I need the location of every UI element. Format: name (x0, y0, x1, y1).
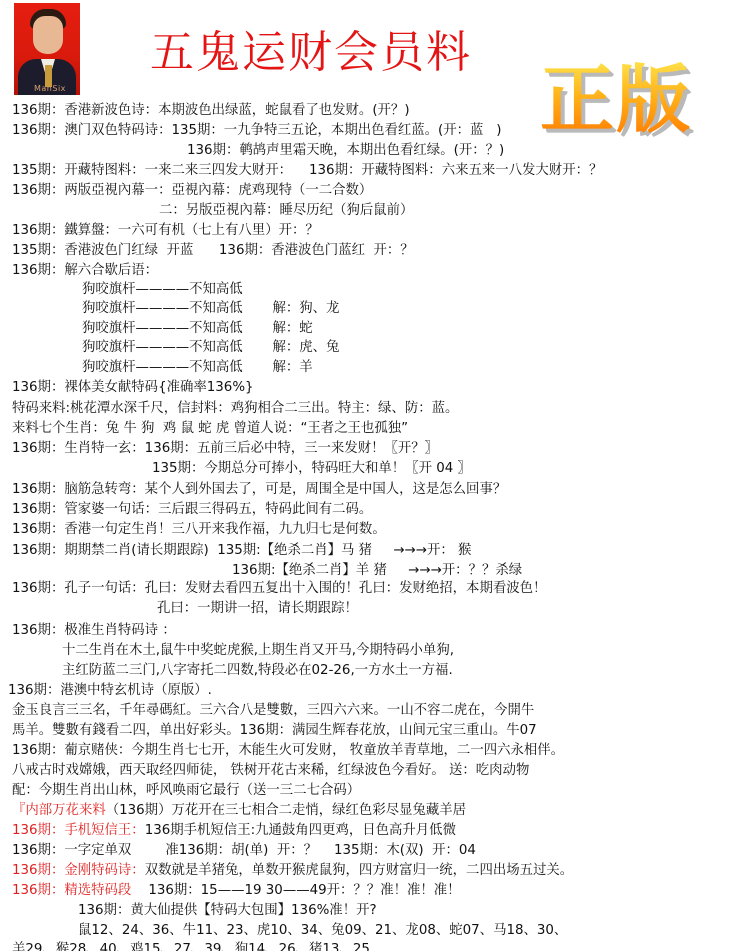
text-line: 136期：生肖特一玄：136期：五前三后必中特，三一来发财！〖开？〗 (12, 440, 438, 458)
line-text: 135期：香港波色门红绿 开蓝 136期：香港波色门蓝红 开：？ (12, 243, 414, 258)
line-text: 136期：期期禁二肖(请长期跟踪) 135期:【绝杀二肖】马 猪 →→→开： 猴 (12, 543, 471, 558)
highlight-label: 136期：精选特码段 (12, 883, 131, 898)
line-text: 136期：香港一句定生肖！三八开来我作福，九九归七是何数。 (12, 522, 386, 537)
text-line: 鼠12、24、36、牛11、23、虎10、34、兔09、21、龙08、蛇07、马… (78, 922, 567, 940)
highlight-label: 136期：手机短信王： (12, 823, 145, 838)
line-text: 鼠12、24、36、牛11、23、虎10、34、兔09、21、龙08、蛇07、马… (78, 923, 567, 938)
text-line: 136期：金刚特码诗：双数就是羊猪兔，单数开猴虎鼠狗，四方财富归一统，二四出场五… (12, 862, 573, 880)
highlight-label: 136期：金刚特码诗： (12, 863, 145, 878)
text-line: 136期：裸体美女献特码{准确率136%} (12, 379, 254, 397)
line-text: 135期：今期总分可捧小，特码旺大和单！〖开 04 〗 (152, 461, 471, 476)
line-text: 136期：两版亞視內幕一：亞視內幕：虎鸡现特（一二合数） (12, 183, 372, 198)
text-line: 狗咬旗杆————不知高低 解：虎、兔 (82, 339, 339, 357)
line-text: 136期手机短信王:九通鼓角四更鸡，日色高升月低微 (145, 823, 456, 838)
text-line: 136期：手机短信王：136期手机短信王:九通鼓角四更鸡，日色高升月低微 (12, 822, 456, 840)
line-text: 金玉良言三三名，千年尋碼紅。三六合八是雙數，三四六六来。一山不容二虎在，今開牛 (12, 703, 534, 718)
text-line: 狗咬旗杆————不知高低 解：蛇 (82, 320, 313, 338)
authentic-badge: 正版 (540, 60, 692, 140)
page-title: 五鬼运财会员料 (150, 28, 472, 78)
text-line: 136期：脑筋急转弯：某个人到外国去了，可是，周围全是中国人，这是怎么回事？ (12, 481, 506, 499)
text-line: 135期：香港波色门红绿 开蓝 136期：香港波色门蓝红 开：？ (12, 242, 414, 260)
line-text: 狗咬旗杆————不知高低 解：狗、龙 (82, 301, 339, 316)
text-line: 136期:【绝杀二肖】羊 猪 →→→开：？？杀绿 (232, 562, 522, 580)
text-line: 136期：管家婆一句话：三后跟三得码五，特码此间有二码。 (12, 501, 372, 519)
line-text: （136期）万花开在三七相合二走悄，绿红色彩尽显兔藏羊居 (106, 803, 466, 818)
text-line: 136期：期期禁二肖(请长期跟踪) 135期:【绝杀二肖】马 猪 →→→开： 猴 (12, 542, 471, 560)
text-line: 136期：解六合歇后语： (12, 262, 158, 280)
line-text: 136期：脑筋急转弯：某个人到外国去了，可是，周围全是中国人，这是怎么回事？ (12, 482, 506, 497)
line-text: 二：另版亞視內幕：睡尽历纪（狗后鼠前） (159, 203, 413, 218)
line-text: 十二生肖在木土,鼠牛中奖蛇虎猴,上期生肖又开马,今期特码小单狗, (62, 643, 454, 658)
line-text: 狗咬旗杆————不知高低 (82, 282, 243, 297)
line-text: 136期：鐵算盤：一六可有机（七上有八里）开：？ (12, 223, 319, 238)
line-text: 136期：管家婆一句话：三后跟三得码五，特码此间有二码。 (12, 502, 372, 517)
text-line: 八戒古时戏嫦娥，西天取经四师徒， 铁树开花古来稀，红绿波色今看好。 送：吃肉动物 (12, 762, 529, 780)
photo-watermark: ManSix (34, 84, 66, 93)
text-line: 136期：香港新波色诗：本期波色出绿蓝，蛇鼠看了也发财。(开？) (12, 102, 410, 120)
photo-face (33, 16, 63, 54)
line-text: 狗咬旗杆————不知高低 解：羊 (82, 360, 313, 375)
text-line: 136期：精选特码段 136期：15——19 30——49开：？？准！准！准！ (12, 882, 461, 900)
line-text: 136期：极准生肖特码诗 ： (12, 623, 176, 638)
text-line: 狗咬旗杆————不知高低 解：狗、龙 (82, 300, 339, 318)
text-line: 十二生肖在木土,鼠牛中奖蛇虎猴,上期生肖又开马,今期特码小单狗, (62, 642, 454, 660)
line-text: 136期：15——19 30——49开：？？准！准！准！ (131, 883, 460, 898)
line-text: 136期：澳门双色特码诗：135期：一九争特三五论，本期出色看红蓝。(开：蓝 ) (12, 123, 501, 138)
line-text: 136期:【绝杀二肖】羊 猪 →→→开：？？杀绿 (232, 563, 522, 578)
text-line: 136期：两版亞視內幕一：亞視內幕：虎鸡现特（一二合数） (12, 182, 372, 200)
text-line: 羊29、猴28、40、鸡15、27、39、狗14、26、猪13、25 (12, 941, 370, 951)
line-text: 135期：开藏特图料：一来二来三四发大财开： 136期：开藏特图料：六来五来一八… (12, 163, 602, 178)
line-text: 狗咬旗杆————不知高低 解：虎、兔 (82, 340, 339, 355)
highlight-label: 『内部万花来料 (12, 803, 106, 818)
line-text: 136期：解六合歇后语： (12, 263, 158, 278)
text-line: 136期：香港一句定生肖！三八开来我作福，九九归七是何数。 (12, 521, 386, 539)
line-text: 八戒古时戏嫦娥，西天取经四师徒， 铁树开花古来稀，红绿波色今看好。 送：吃肉动物 (12, 763, 529, 778)
text-line: 136期：极准生肖特码诗 ： (12, 622, 176, 640)
text-line: 136期：鹌鸪声里霜天晚，本期出色看红绿。(开：？) (187, 142, 504, 160)
line-text: 136期：港澳中特玄机诗（原版）. (8, 683, 212, 698)
text-line: 狗咬旗杆————不知高低 (82, 281, 243, 299)
line-text: 136期：香港新波色诗：本期波色出绿蓝，蛇鼠看了也发财。(开？) (12, 103, 410, 118)
text-line: 二：另版亞視內幕：睡尽历纪（狗后鼠前） (159, 202, 413, 220)
line-text: 狗咬旗杆————不知高低 解：蛇 (82, 321, 313, 336)
text-line: 136期：澳门双色特码诗：135期：一九争特三五论，本期出色看红蓝。(开：蓝 ) (12, 122, 501, 140)
text-line: 馬羊。雙數有錢看二四，单出好彩头。136期：满园生辉春花放，山间元宝三重山。牛0… (12, 722, 537, 740)
text-line: 136期：黄大仙提供【特码大包围】136%准！开? (78, 902, 377, 920)
text-line: 主红防蓝二三门,八字寄托二四数,特段必在02-26,一方水土一方福. (62, 662, 453, 680)
text-line: 136期：一字定单双 准136期：胡(单) 开：？ 135期：木(双) 开：04 (12, 842, 476, 860)
text-line: 136期：孔子一句话：孔曰：发财去看四五复出十入围的！孔曰：发财绝招，本期看波色… (12, 580, 546, 598)
text-line: 『内部万花来料（136期）万花开在三七相合二走悄，绿红色彩尽显兔藏羊居 (12, 802, 466, 820)
line-text: 来料七个生肖：兔 牛 狗 鸡 鼠 蛇 虎 曾道人说：“王者之王也孤独” (12, 421, 408, 436)
line-text: 双数就是羊猪兔，单数开猴虎鼠狗，四方财富归一统，二四出场五过关。 (145, 863, 574, 878)
line-text: 136期：一字定单双 准136期：胡(单) 开：？ 135期：木(双) 开：04 (12, 843, 476, 858)
text-line: 136期：葡京赌侠：今期生肖七七开，木能生火可发财， 牧童放羊青草地，二一四六永… (12, 742, 564, 760)
line-text: 孔曰：一期讲一招，请长期跟踪！ (157, 601, 358, 616)
text-line: 特码来料:桃花潭水深千尺，信封料：鸡狗相合二三出。特主：绿、防：蓝。 (12, 400, 458, 418)
text-line: 孔曰：一期讲一招，请长期跟踪！ (157, 600, 358, 618)
line-text: 136期：裸体美女献特码{准确率136%} (12, 380, 254, 395)
line-text: 136期：孔子一句话：孔曰：发财去看四五复出十入围的！孔曰：发财绝招，本期看波色… (12, 581, 546, 596)
text-line: 135期：开藏特图料：一来二来三四发大财开： 136期：开藏特图料：六来五来一八… (12, 162, 602, 180)
line-text: 主红防蓝二三门,八字寄托二四数,特段必在02-26,一方水土一方福. (62, 663, 453, 678)
text-line: 136期：鐵算盤：一六可有机（七上有八里）开：？ (12, 222, 319, 240)
line-text: 136期：生肖特一玄：136期：五前三后必中特，三一来发财！〖开？〗 (12, 441, 438, 456)
line-text: 136期：黄大仙提供【特码大包围】136%准！开? (78, 903, 377, 918)
line-text: 配：今期生肖出山林，呼风唤雨它最行（送一三二七合码） (12, 783, 360, 798)
avatar-photo: ManSix (14, 3, 80, 95)
text-line: 来料七个生肖：兔 牛 狗 鸡 鼠 蛇 虎 曾道人说：“王者之王也孤独” (12, 420, 408, 438)
text-line: 配：今期生肖出山林，呼风唤雨它最行（送一三二七合码） (12, 782, 360, 800)
line-text: 136期：葡京赌侠：今期生肖七七开，木能生火可发财， 牧童放羊青草地，二一四六永… (12, 743, 564, 758)
text-line: 金玉良言三三名，千年尋碼紅。三六合八是雙數，三四六六来。一山不容二虎在，今開牛 (12, 702, 534, 720)
line-text: 羊29、猴28、40、鸡15、27、39、狗14、26、猪13、25 (12, 942, 370, 951)
line-text: 特码来料:桃花潭水深千尺，信封料：鸡狗相合二三出。特主：绿、防：蓝。 (12, 401, 458, 416)
line-text: 馬羊。雙數有錢看二四，单出好彩头。136期：满园生辉春花放，山间元宝三重山。牛0… (12, 723, 537, 738)
line-text: 136期：鹌鸪声里霜天晚，本期出色看红绿。(开：？) (187, 143, 504, 158)
text-line: 狗咬旗杆————不知高低 解：羊 (82, 359, 313, 377)
text-line: 135期：今期总分可捧小，特码旺大和单！〖开 04 〗 (152, 460, 471, 478)
text-line: 136期：港澳中特玄机诗（原版）. (8, 682, 212, 700)
